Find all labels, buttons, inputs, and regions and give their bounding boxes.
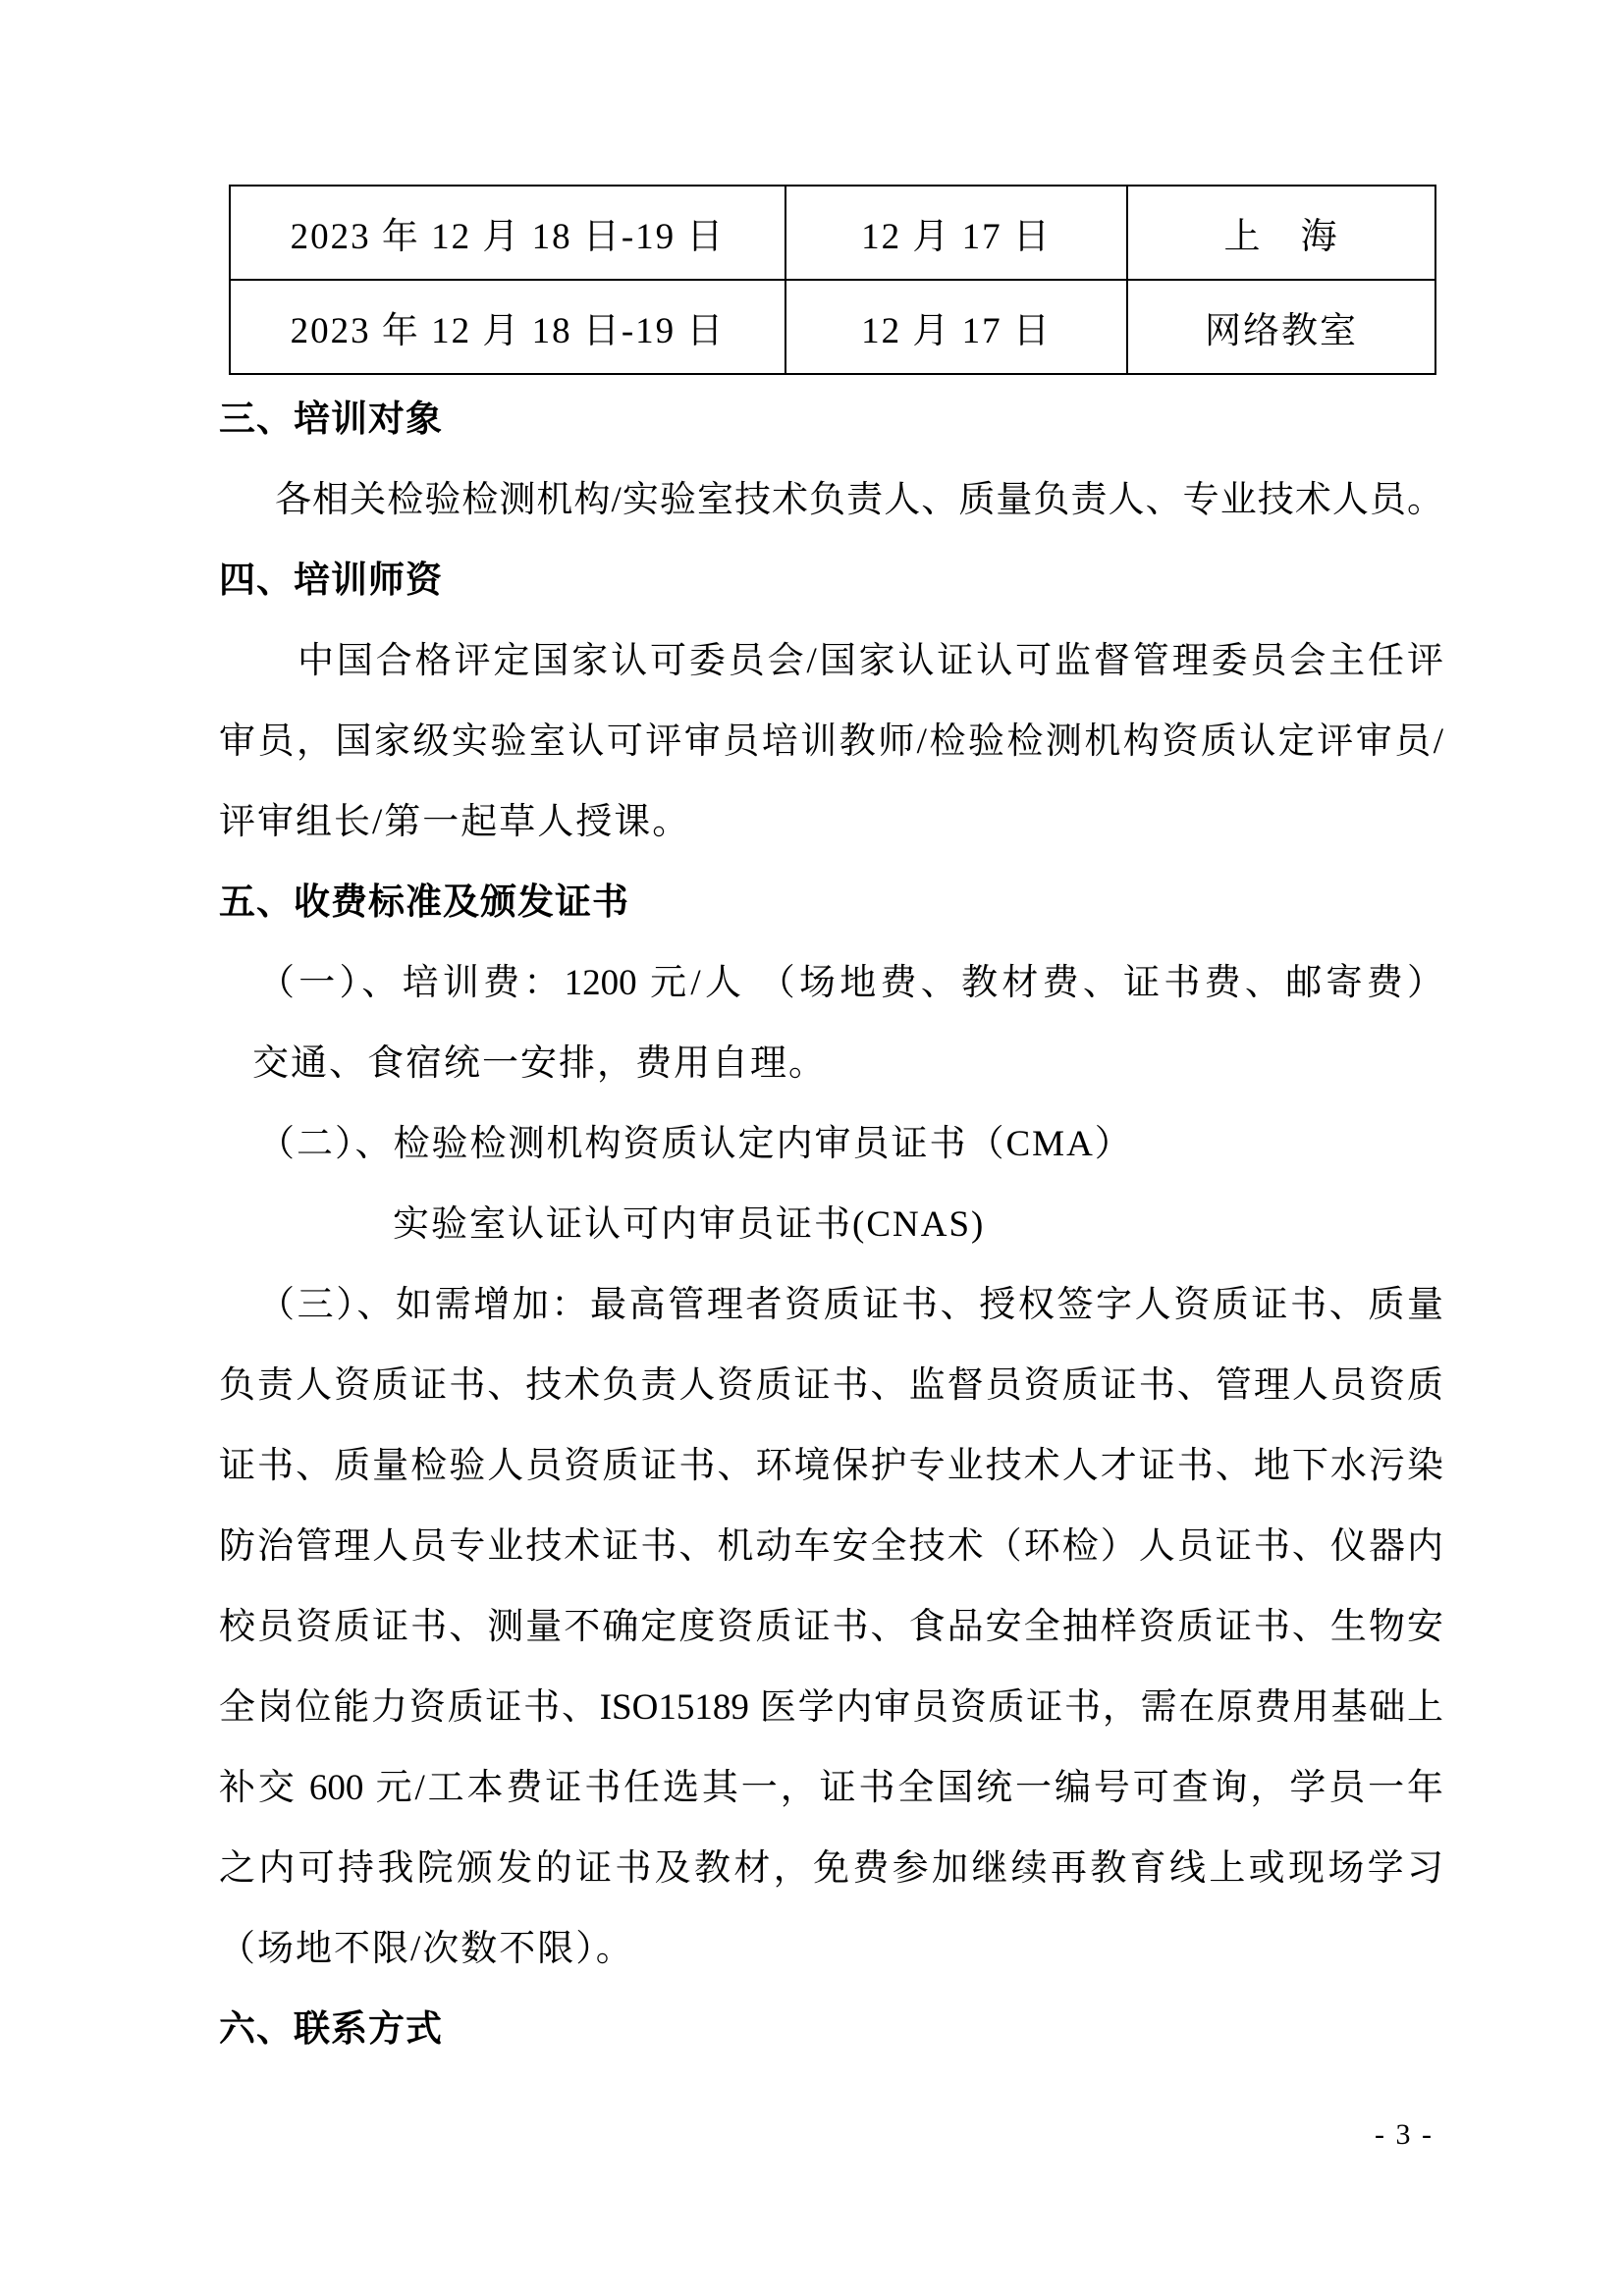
fee-item-three-line: 补交 600 元/工本费证书任选其一，证书全国统一编号可查询，学员一年 bbox=[219, 1748, 1443, 1829]
fee-item-one-line: （一）、培训费：1200 元/人 （场地费、教材费、证书费、邮寄费） bbox=[219, 943, 1443, 1024]
venue-cell: 上 海 bbox=[1127, 186, 1435, 280]
table-row: 2023 年 12 月 18 日-19 日 12 月 17 日 网络教室 bbox=[230, 280, 1435, 374]
training-schedule-table: 2023 年 12 月 18 日-19 日 12 月 17 日 上 海 2023… bbox=[229, 185, 1436, 375]
report-date-cell: 12 月 17 日 bbox=[785, 186, 1127, 280]
fee-item-three-line: 之内可持我院颁发的证书及教材，免费参加继续再教育线上或现场学习 bbox=[219, 1829, 1443, 1909]
section-five-heading: 五、收费标准及颁发证书 bbox=[219, 863, 1443, 943]
fee-item-three-line: 防治管理人员专业技术证书、机动车安全技术（环检）人员证书、仪器内 bbox=[219, 1507, 1443, 1587]
fee-item-two-line: 实验室认证认可内审员证书(CNAS) bbox=[219, 1185, 1443, 1265]
fee-item-three-line: 证书、质量检验人员资质证书、环境保护专业技术人才证书、地下水污染 bbox=[219, 1426, 1443, 1507]
training-dates-cell: 2023 年 12 月 18 日-19 日 bbox=[230, 280, 785, 374]
section-three-heading: 三、培训对象 bbox=[219, 380, 1443, 460]
fee-item-one-line: 交通、食宿统一安排，费用自理。 bbox=[219, 1024, 1443, 1104]
fee-item-three-line: （场地不限/次数不限）。 bbox=[219, 1909, 1443, 1990]
document-page: 2023 年 12 月 18 日-19 日 12 月 17 日 上 海 2023… bbox=[0, 0, 1624, 2296]
report-date-cell: 12 月 17 日 bbox=[785, 280, 1127, 374]
section-six-heading: 六、联系方式 bbox=[219, 1990, 1443, 2070]
fee-item-three-line: （三）、如需增加：最高管理者资质证书、授权签字人资质证书、质量 bbox=[219, 1265, 1443, 1346]
section-four-line: 中国合格评定国家认可委员会/国家认证认可监督管理委员会主任评 bbox=[219, 621, 1443, 702]
fee-item-three-line: 全岗位能力资质证书、ISO15189 医学内审员资质证书，需在原费用基础上 bbox=[219, 1668, 1443, 1748]
fee-item-three-line: 负责人资质证书、技术负责人资质证书、监督员资质证书、管理人员资质 bbox=[219, 1346, 1443, 1426]
document-body: 三、培训对象 各相关检验检测机构/实验室技术负责人、质量负责人、专业技术人员。 … bbox=[219, 380, 1443, 2070]
section-four-line: 审员，国家级实验室认可评审员培训教师/检验检测机构资质认定评审员/ bbox=[219, 702, 1443, 782]
section-four-line: 评审组长/第一起草人授课。 bbox=[219, 782, 1443, 863]
training-dates-cell: 2023 年 12 月 18 日-19 日 bbox=[230, 186, 785, 280]
fee-item-two-line: （二）、检验检测机构资质认定内审员证书（CMA） bbox=[219, 1104, 1443, 1185]
section-four-heading: 四、培训师资 bbox=[219, 541, 1443, 621]
fee-item-three-line: 校员资质证书、测量不确定度资质证书、食品安全抽样资质证书、生物安 bbox=[219, 1587, 1443, 1668]
section-three-body: 各相关检验检测机构/实验室技术负责人、质量负责人、专业技术人员。 bbox=[219, 460, 1443, 541]
page-number: - 3 - bbox=[1375, 2118, 1434, 2152]
table-row: 2023 年 12 月 18 日-19 日 12 月 17 日 上 海 bbox=[230, 186, 1435, 280]
venue-cell: 网络教室 bbox=[1127, 280, 1435, 374]
